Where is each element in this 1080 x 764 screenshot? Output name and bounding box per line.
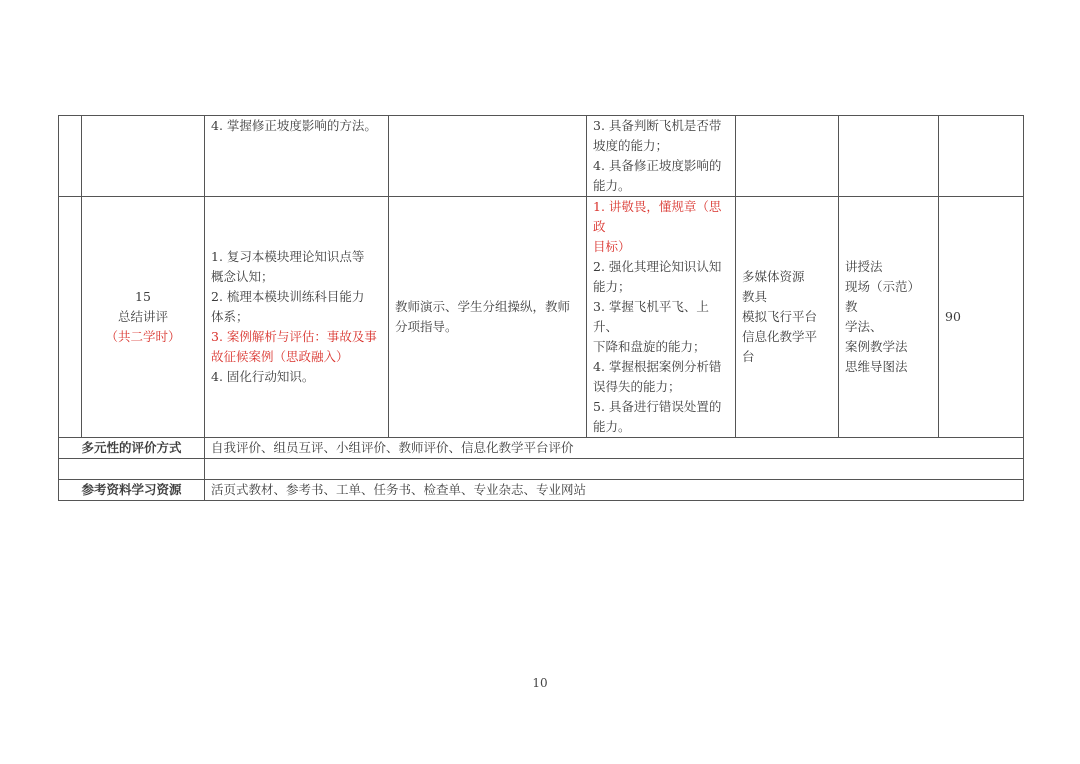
- cell-empty: [59, 459, 205, 480]
- references-value: 活页式教材、参考书、工单、任务书、检查单、专业杂志、专业网站: [205, 480, 1024, 501]
- cell-empty: [59, 197, 82, 438]
- cell-objectives: 3. 具备判断飞机是否带 坡度的能力； 4. 具备修正坡度影响的 能力。: [587, 116, 736, 197]
- cell-activity: 教师演示、学生分组操纵，教师分项指导。: [389, 197, 587, 438]
- table-row-15: 15 总结讲评 （共二学时） 1. 复习本模块理论知识点等 概念认知； 2. 梳…: [59, 197, 1024, 438]
- table-row-empty: [59, 459, 1024, 480]
- cell-empty: [59, 116, 82, 197]
- course-schedule-table: 4. 掌握修正坡度影响的方法。 3. 具备判断飞机是否带 坡度的能力； 4. 具…: [58, 115, 1024, 501]
- session-hours: （共二学时）: [88, 327, 198, 347]
- table-row-evaluation: 多元性的评价方式 自我评价、组员互评、小组评价、教师评价、信息化教学平台评价: [59, 438, 1024, 459]
- cell-activity: [389, 116, 587, 197]
- cell-resources: [736, 116, 839, 197]
- cell-resources: 多媒体资源 教具 模拟飞行平台 信息化教学平 台: [736, 197, 839, 438]
- cell-objectives: 1. 讲敬畏，懂规章（思政 目标） 2. 强化其理论知识认知 能力； 3. 掌握…: [587, 197, 736, 438]
- cell-session: 15 总结讲评 （共二学时）: [82, 197, 205, 438]
- evaluation-value: 自我评价、组员互评、小组评价、教师评价、信息化教学平台评价: [205, 438, 1024, 459]
- document-page: 4. 掌握修正坡度影响的方法。 3. 具备判断飞机是否带 坡度的能力； 4. 具…: [0, 0, 1080, 764]
- table-row-references: 参考资料学习资源 活页式教材、参考书、工单、任务书、检查单、专业杂志、专业网站: [59, 480, 1024, 501]
- cell-content: 1. 复习本模块理论知识点等 概念认知； 2. 梳理本模块训练科目能力 体系； …: [205, 197, 389, 438]
- evaluation-label: 多元性的评价方式: [59, 438, 205, 459]
- cell-minutes: [939, 116, 1024, 197]
- cell-methods: [839, 116, 939, 197]
- page-number: 10: [0, 676, 1080, 690]
- session-number: 15: [88, 287, 198, 307]
- session-title: 总结讲评: [88, 307, 198, 327]
- cell-empty: [205, 459, 1024, 480]
- cell-empty: [82, 116, 205, 197]
- cell-content: 4. 掌握修正坡度影响的方法。: [205, 116, 389, 197]
- references-label: 参考资料学习资源: [59, 480, 205, 501]
- table-row-continued: 4. 掌握修正坡度影响的方法。 3. 具备判断飞机是否带 坡度的能力； 4. 具…: [59, 116, 1024, 197]
- cell-minutes: 90: [939, 197, 1024, 438]
- cell-methods: 讲授法 现场（示范）教 学法、 案例教学法 思维导图法: [839, 197, 939, 438]
